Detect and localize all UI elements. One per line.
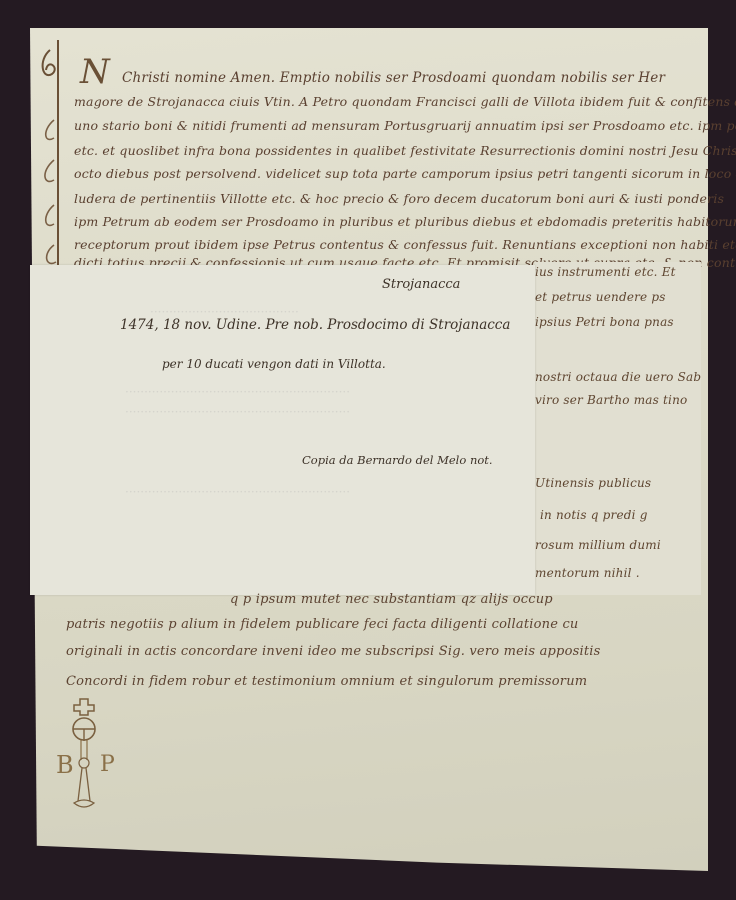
note-line-2: per 10 ducati vengon dati in Villotta. (162, 357, 386, 371)
text-line: ipm Petrum ab eodem ser Prosdoamo in plu… (74, 214, 736, 229)
text-line: receptorum prout ibidem ipse Petrus cont… (74, 237, 736, 252)
note-line-1: 1474, 18 nov. Udine. Pre nob. Prosdocimo… (120, 317, 510, 333)
svg-text:P: P (100, 752, 115, 777)
text-line: viro ser Bartho mas tino (535, 393, 687, 407)
text-line: et petrus uendere ps (535, 290, 666, 304)
text-line: ipsius Petri bona pnas (535, 315, 674, 329)
text-line: rosum millium dumi (535, 538, 661, 552)
text-line: q p ipsum mutet nec substantiam qz alijs… (230, 592, 553, 607)
archival-note: ······································· … (30, 265, 535, 595)
text-line: patris negotiis p alium in fidelem publi… (66, 617, 579, 632)
text-line: magore de Strojanacca ciuis Vtin. A Petr… (74, 94, 736, 109)
text-line: in notis q predi g (540, 508, 648, 522)
text-line: uno stario boni & nitidi frumenti ad men… (74, 118, 736, 133)
text-line: originali in actis concordare inveni ide… (66, 644, 600, 659)
illuminated-initial: N (80, 52, 110, 92)
text-line: Utinensis publicus (535, 476, 651, 490)
text-line: ludera de pertinentiis Villotte etc. & h… (74, 191, 724, 206)
text-line: nostri octaua die uero Sab (535, 370, 701, 384)
note-signature: Copia da Bernardo del Melo not. (302, 453, 493, 467)
text-line: etc. et quoslibet infra bona possidentes… (74, 143, 736, 158)
text-line: octo diebus post persolvend. videlicet s… (74, 166, 736, 181)
note-heading: Strojanacca (382, 277, 460, 292)
text-line: Concordi in fidem robur et testimonium o… (66, 674, 587, 689)
text-line: Christi nomine Amen. Emptio nobilis ser … (122, 70, 665, 86)
margin-flourish-icon (38, 40, 70, 270)
svg-text:B: B (56, 751, 74, 779)
text-line: ius instrumenti etc. Et (535, 265, 676, 279)
notary-signum-icon: B P (50, 695, 130, 825)
text-line: mentorum nihil . (535, 566, 640, 580)
